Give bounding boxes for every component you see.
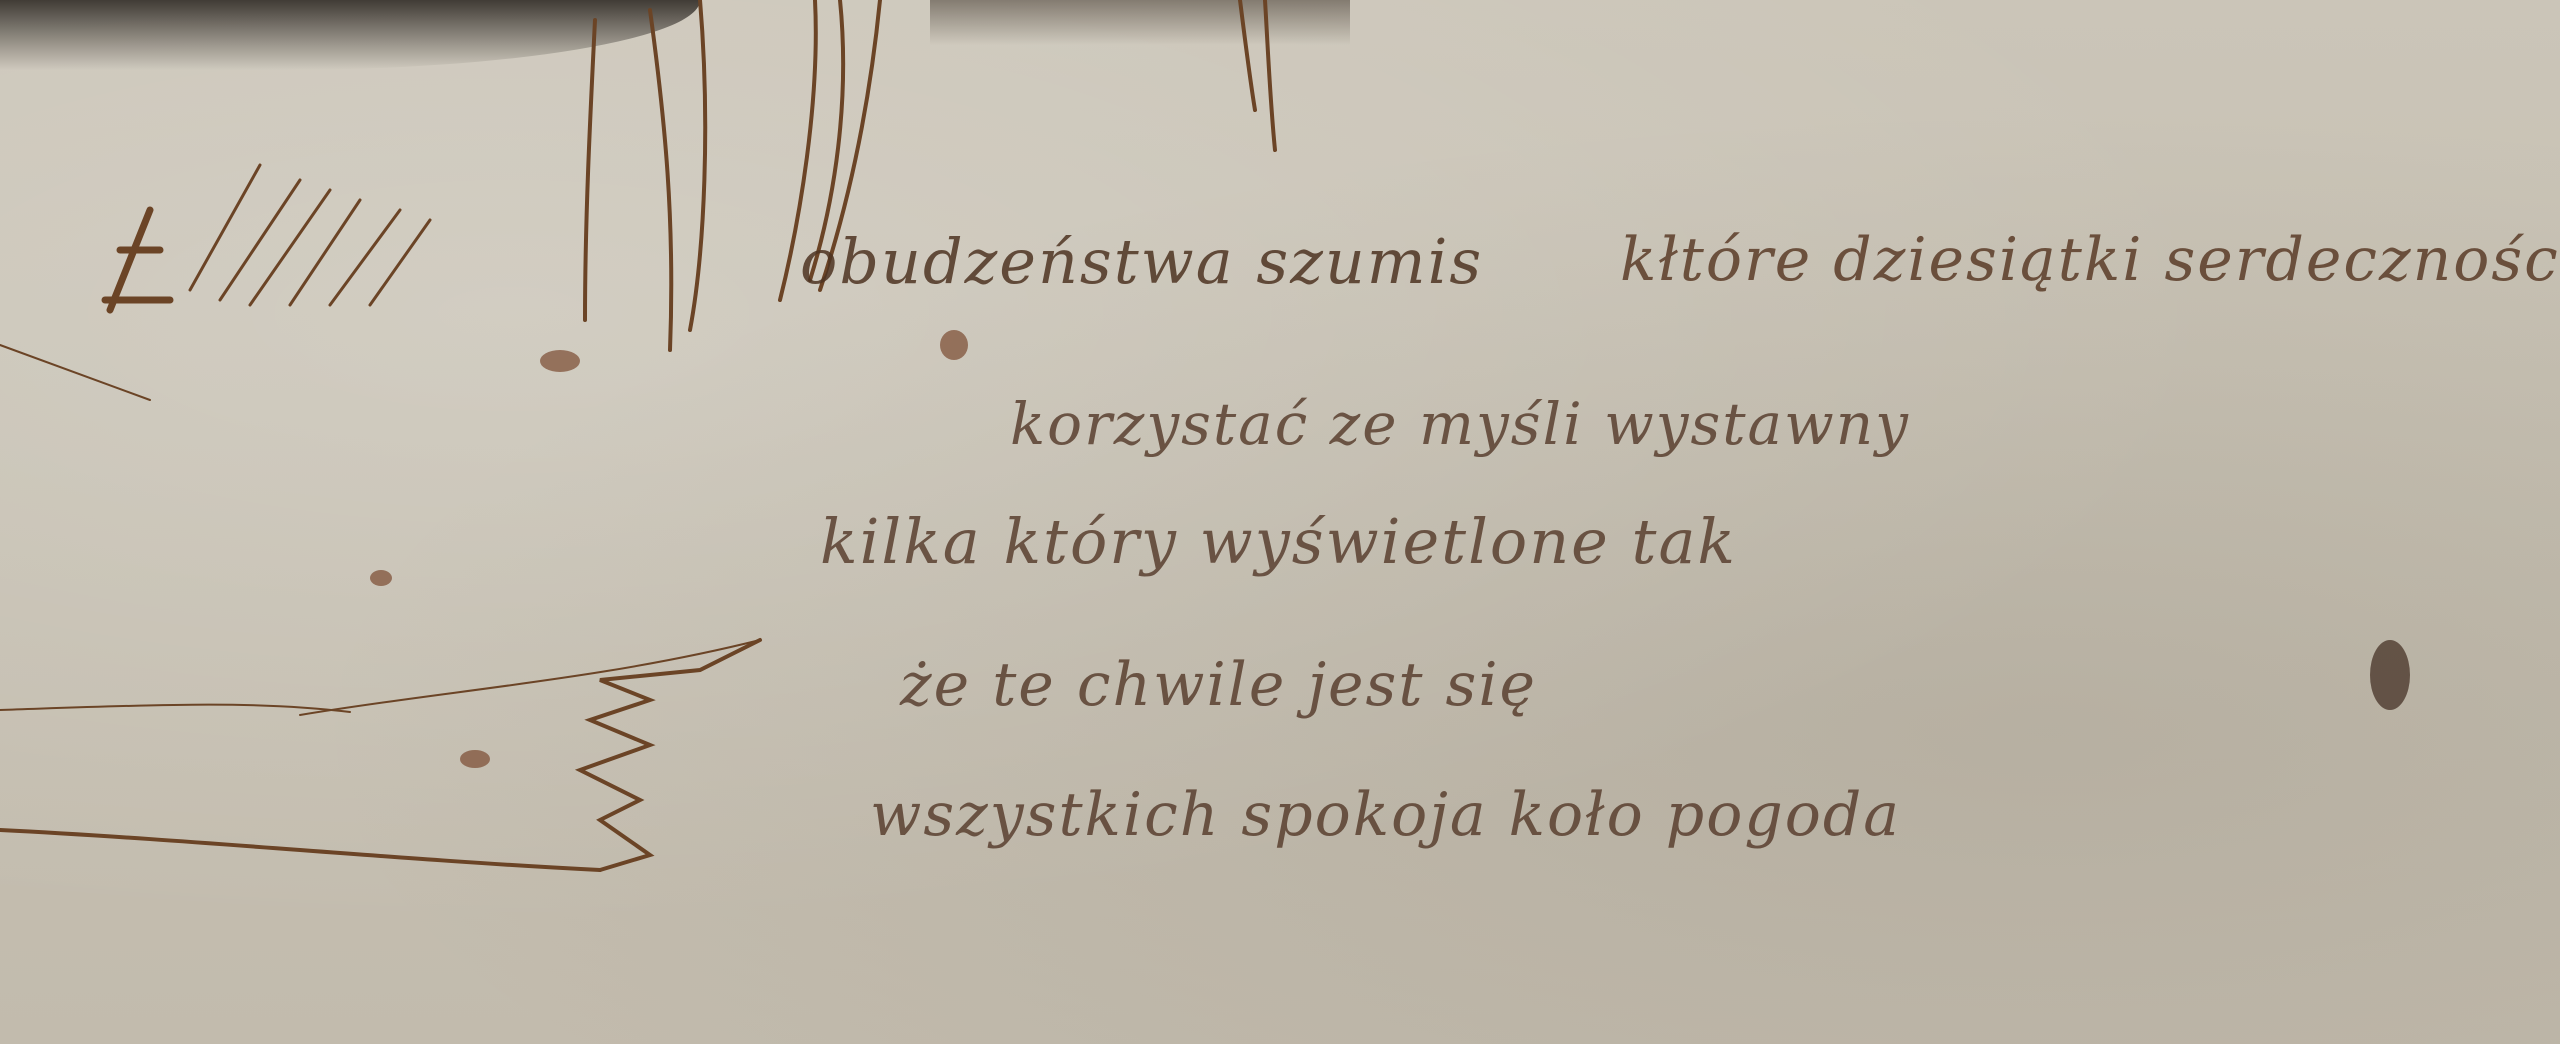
ink-blot xyxy=(540,350,580,372)
ink-blot xyxy=(940,330,968,360)
manuscript-line: kilka który wyświetlone tak xyxy=(820,505,1737,578)
manuscript-line: że te chwile jest się xyxy=(900,650,1537,720)
manuscript-line: korzystać ze myśli wystawny xyxy=(1010,390,1910,458)
manuscript-line: kłtóre dziesiątki serdeczności xyxy=(1620,225,2560,295)
ink-blot xyxy=(370,570,392,586)
manuscript-line: wszystkich spokoja koło pogoda xyxy=(870,780,1901,850)
ink-blot xyxy=(460,750,490,768)
manuscript-line: obudzeństwa szumis xyxy=(800,225,1483,298)
ink-blot xyxy=(2370,640,2410,710)
